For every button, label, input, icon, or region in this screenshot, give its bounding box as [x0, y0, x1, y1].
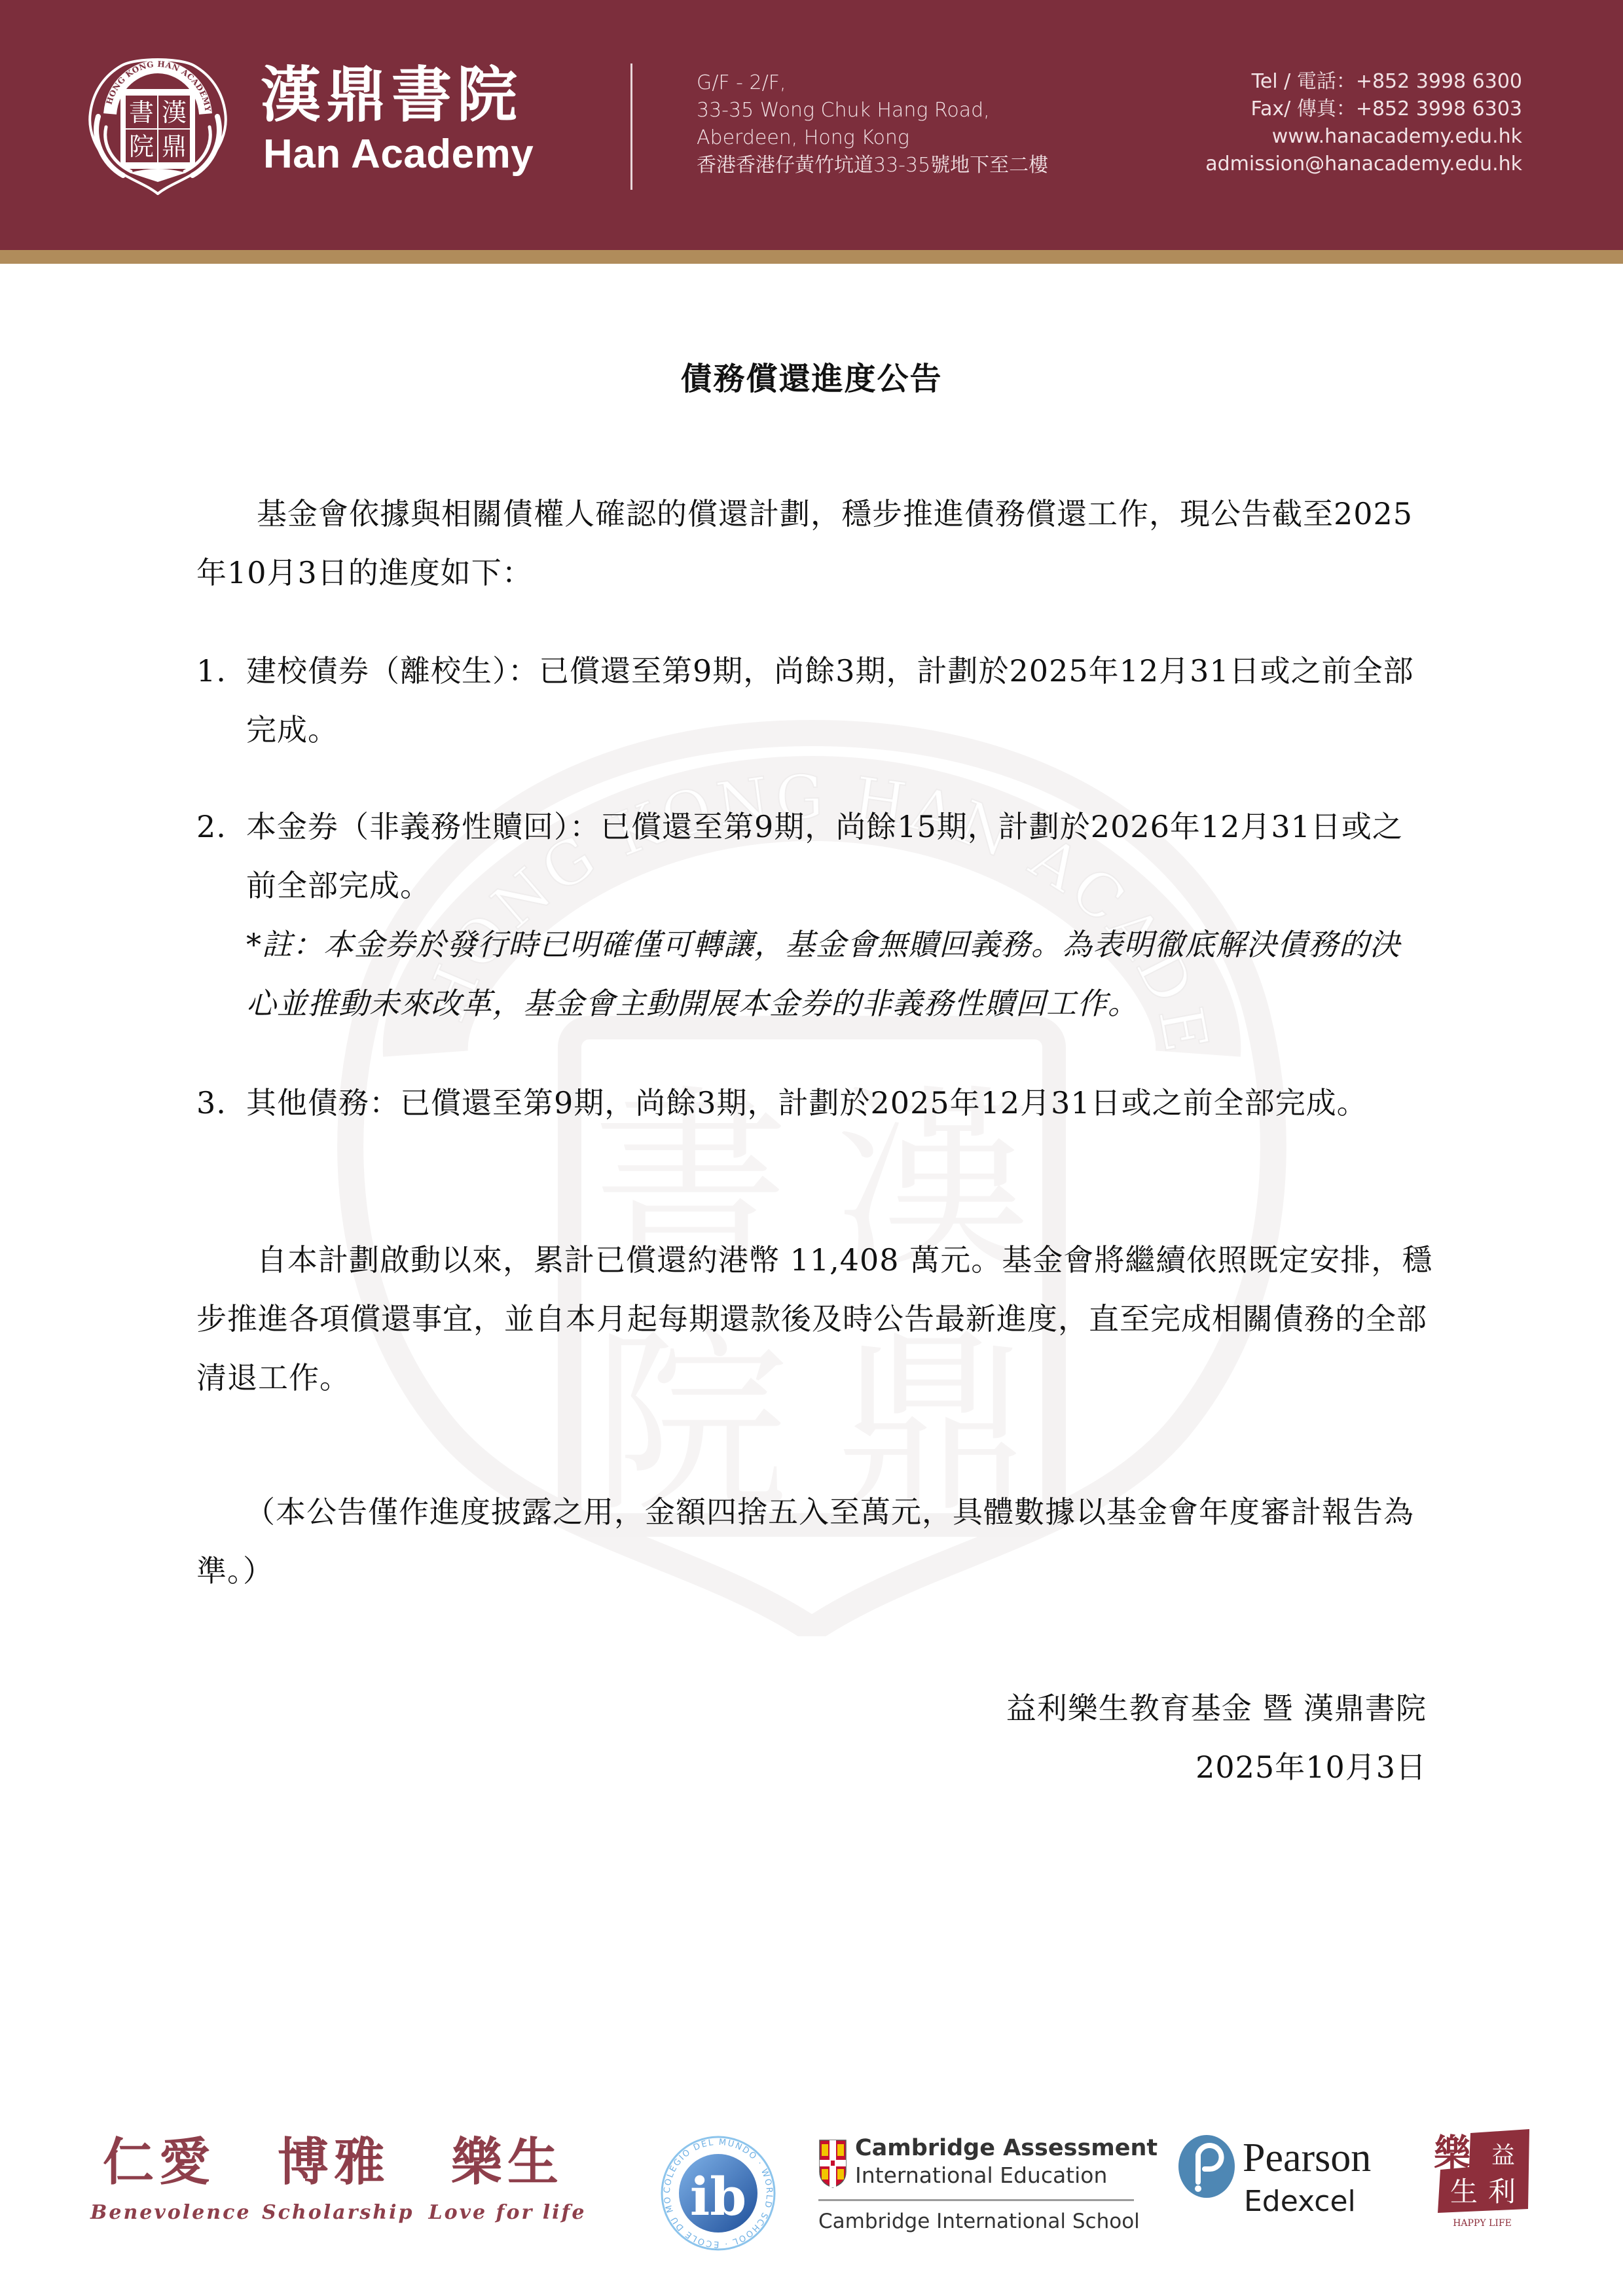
svg-text:ib: ib: [690, 2166, 746, 2227]
school-name-english: Han Academy: [263, 134, 534, 175]
cambridge-shield-icon: [818, 2139, 847, 2189]
contact-info: Tel / 電話：+852 3998 6300 Fax/ 傳真：+852 399…: [1205, 68, 1522, 178]
svg-text:鼎: 鼎: [162, 132, 187, 161]
repayment-item-3: 3. 其他債務：已償還至第9期，尚餘3期，計劃於2025年12月31日或之前全部…: [196, 1073, 1427, 1132]
address-line: G/F - 2/F,: [697, 69, 1048, 97]
cambridge-international-logo: Cambridge Assessment International Educa…: [818, 2135, 1139, 2240]
header-gold-band: [0, 250, 1623, 264]
list-number: 1.: [196, 641, 245, 700]
list-item-note: *註：本金券於發行時已明確僅可轉讓，基金會無贖回義務。為表明徹底解決債務的決心並…: [246, 915, 1427, 1033]
svg-text:生: 生: [1450, 2176, 1478, 2208]
pearson-edexcel-logo: Pearson Edexcel: [1178, 2135, 1395, 2240]
cambridge-title: Cambridge Assessment: [855, 2135, 1158, 2161]
signature-organization: 益利樂生教育基金 暨 漢鼎書院: [1006, 1679, 1427, 1738]
svg-text:益: 益: [1491, 2142, 1515, 2169]
motto-scholarship: 博雅 Scholarship: [262, 2137, 406, 2224]
website-link[interactable]: www.hanacademy.edu.hk: [1205, 123, 1522, 151]
pearson-wordmark: Pearson: [1243, 2138, 1371, 2178]
list-item-text: 建校債券（離校生）：已償還至第9期，尚餘3期，計劃於2025年12月31日或之前…: [246, 641, 1427, 759]
address-line: 33-35 Wong Chuk Hang Road,: [697, 97, 1048, 124]
fax: Fax/ 傳真：+852 3998 6303: [1205, 96, 1522, 123]
happy-life-seal-logo: 樂 益 生 利 HAPPY LIFE: [1431, 2124, 1532, 2232]
signature-date: 2025年10月3日: [1195, 1738, 1427, 1797]
list-item-text: 本金券（非義務性贖回）：已償還至第9期，尚餘15期，計劃於2026年12月31日…: [246, 797, 1427, 915]
list-number: 2.: [196, 797, 245, 856]
svg-text:漢: 漢: [162, 98, 187, 127]
telephone: Tel / 電話：+852 3998 6300: [1205, 68, 1522, 96]
header-divider: [630, 63, 632, 190]
svg-text:利: 利: [1488, 2176, 1516, 2208]
intro-paragraph: 基金會依據與相關債權人確認的償還計劃，穩步推進債務償還工作，現公告截至2025年…: [196, 484, 1427, 602]
school-crest-logo: HONG KONG HAN ACADEMY 漢 書 鼎 院: [84, 54, 232, 195]
motto-love-for-life: 樂生 Love for life: [426, 2137, 589, 2224]
disclaimer-paragraph: （本公告僅作進度披露之用，金額四捨五入至萬元，具體數據以基金會年度審計報告為準。…: [196, 1482, 1427, 1600]
school-address: G/F - 2/F, 33-35 Wong Chuk Hang Road, Ab…: [697, 69, 1048, 179]
edexcel-wordmark: Edexcel: [1244, 2187, 1356, 2216]
svg-text:樂: 樂: [1434, 2132, 1471, 2175]
address-line-chinese: 香港香港仔黃竹坑道33-35號地下至二樓: [697, 152, 1048, 179]
svg-text:HAPPY LIFE: HAPPY LIFE: [1453, 2218, 1512, 2229]
list-item-text: 其他債務：已償還至第9期，尚餘3期，計劃於2025年12月31日或之前全部完成。: [246, 1073, 1427, 1132]
ib-world-school-logo: COLEGIO DEL MUNDO · WORLD SCHOOL · ÉCOLE…: [657, 2132, 779, 2254]
svg-text:院: 院: [129, 132, 154, 161]
cambridge-school-label: Cambridge International School: [818, 2210, 1140, 2233]
cambridge-subtitle: International Education: [855, 2162, 1107, 2188]
pearson-p-icon: [1178, 2135, 1235, 2198]
school-name-chinese: 漢鼎書院: [261, 65, 522, 126]
repayment-item-2: 2. 本金券（非義務性贖回）：已償還至第9期，尚餘15期，計劃於2026年12月…: [196, 797, 1427, 1033]
email-link[interactable]: admission@hanacademy.edu.hk: [1205, 151, 1522, 178]
repayment-item-1: 1. 建校債券（離校生）：已償還至第9期，尚餘3期，計劃於2025年12月31日…: [196, 641, 1427, 759]
address-line: Aberdeen, Hong Kong: [697, 124, 1048, 152]
summary-paragraph: 自本計劃啟動以來，累計已償還約港幣 11,408 萬元。基金會將繼續依照既定安排…: [196, 1230, 1453, 1407]
letterhead-header: HONG KONG HAN ACADEMY 漢 書 鼎 院 漢鼎書院 Han A…: [0, 0, 1623, 250]
cambridge-divider: [818, 2199, 1134, 2201]
list-number: 3.: [196, 1073, 245, 1132]
motto-benevolence: 仁愛 Benevolence: [90, 2137, 228, 2224]
announcement-title: 債務償還進度公告: [0, 353, 1623, 399]
svg-text:書: 書: [129, 98, 154, 127]
